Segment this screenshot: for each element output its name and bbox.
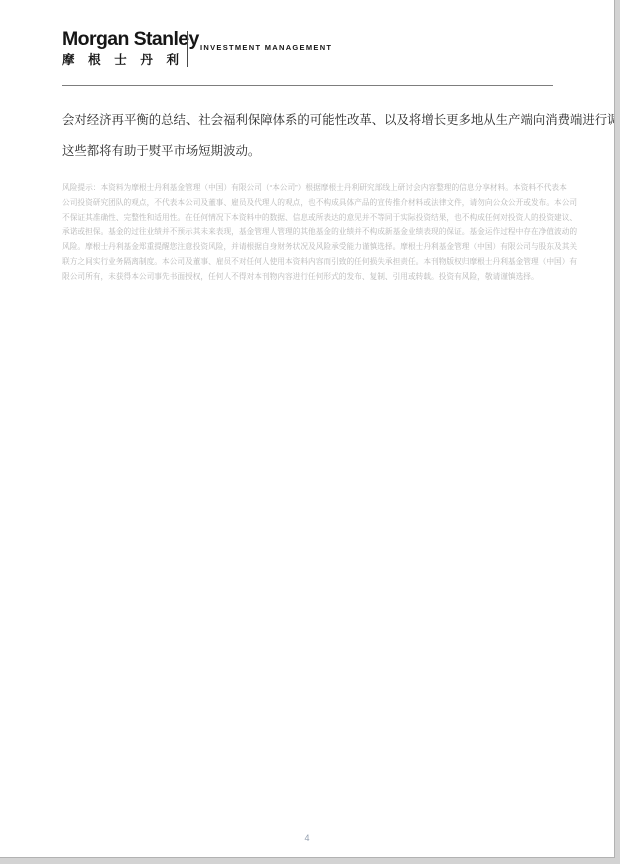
disclaimer-line: 不保证其准确性、完整性和适用性。在任何情况下本资料中的数据、信息或所表达的意见并… (62, 211, 560, 226)
brand-header: Morgan Stanley 摩根士丹利 INVESTMENT MANAGEME… (62, 28, 332, 68)
morgan-stanley-logo: Morgan Stanley 摩根士丹利 (62, 28, 179, 68)
disclaimer-line: 承诺或担保。基金的过往业绩并不预示其未来表现，基金管理人管理的其他基金的业绩并不… (62, 225, 560, 240)
disclaimer-line: 风险。摩根士丹利基金郑重提醒您注意投资风险，并请根据自身财务状况及风险承受能力谨… (62, 240, 560, 255)
disclaimer-line: 限公司所有，未获得本公司事先书面授权，任何人不得对本刊物内容进行任何形式的发布、… (62, 270, 560, 285)
body-paragraph-line: 这些都将有助于熨平市场短期波动。 (62, 136, 562, 167)
body-paragraph-line: 会对经济再平衡的总结、社会福利保障体系的可能性改革、以及将增长更多地从生产端向消… (62, 105, 562, 136)
page-number: 4 (0, 833, 614, 843)
brand-wordmark-chinese: 摩根士丹利 (62, 52, 179, 68)
risk-disclaimer: 风险提示：本资料为摩根士丹利基金管理（中国）有限公司（“本公司”）根据摩根士丹利… (62, 181, 560, 285)
body-paragraph: 会对经济再平衡的总结、社会福利保障体系的可能性改革、以及将增长更多地从生产端向消… (62, 105, 562, 166)
brand-division-label: INVESTMENT MANAGEMENT (200, 43, 332, 54)
disclaimer-line: 联方之间实行业务隔离制度。本公司及董事、雇员不对任何人使用本资料内容而引致的任何… (62, 255, 560, 270)
brand-vertical-divider (187, 31, 188, 67)
disclaimer-line: 风险提示：本资料为摩根士丹利基金管理（中国）有限公司（“本公司”）根据摩根士丹利… (62, 181, 560, 196)
brand-wordmark: Morgan Stanley (62, 28, 179, 51)
header-rule (62, 85, 553, 86)
document-page: Morgan Stanley 摩根士丹利 INVESTMENT MANAGEME… (0, 0, 615, 858)
disclaimer-line: 公司投资研究团队的观点，不代表本公司及董事、雇员及代理人的观点，也不构成具体产品… (62, 196, 560, 211)
